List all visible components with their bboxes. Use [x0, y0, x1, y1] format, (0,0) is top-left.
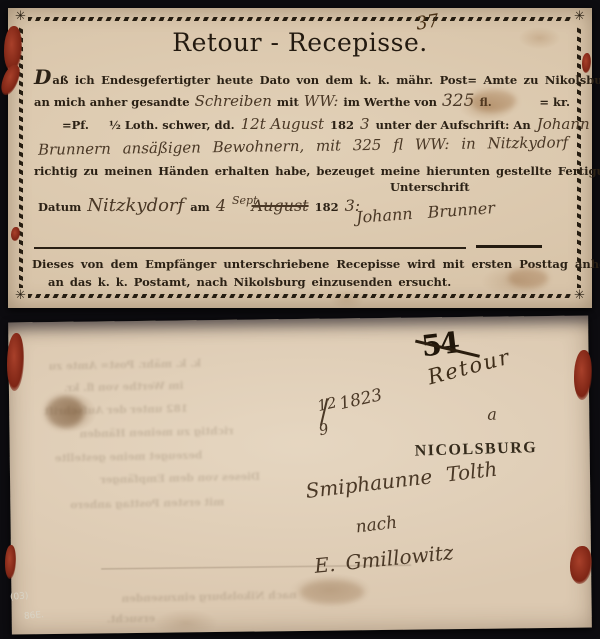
red-wax-seal — [574, 350, 592, 400]
a-handwritten: a — [487, 405, 497, 424]
ornate-initial: D — [34, 65, 51, 89]
showthrough-text: mit ersten Posttag anhero — [70, 496, 224, 511]
printed-text: ½ Loth. schwer, dd. — [109, 118, 235, 132]
printed-text: im Werthe von — [343, 95, 437, 109]
form-title: Retour - Recepisse. — [8, 28, 592, 57]
paper-stain — [470, 90, 516, 112]
border-star-icon: ✳ — [574, 289, 585, 302]
border-star-icon: ✳ — [15, 10, 26, 23]
date-month: 9 — [317, 420, 330, 440]
printed-text: 182 — [330, 118, 354, 132]
handwritten-signature: Johann Brunner — [356, 198, 496, 227]
border-star-icon: ✳ — [15, 289, 26, 302]
signature-label: Unterschrift — [390, 180, 470, 194]
body-line-1: Daß ich Endesgefertigter heute Dato von … — [34, 65, 600, 89]
datum-label: Datum — [38, 200, 81, 214]
printed-text: aß ich Endesgefertigter heute Dato von d… — [52, 73, 600, 87]
showthrough-text: nach Nikolsburg einzusenden — [121, 589, 296, 605]
handwritten-day: 4 — [216, 196, 226, 215]
date-day: 12 — [316, 393, 339, 415]
nach-handwritten: nach — [355, 513, 399, 538]
chain-border-top — [28, 17, 572, 21]
chain-border-left — [19, 26, 23, 288]
arrival-date-handwritten: 12 9 1823 — [310, 379, 409, 448]
printed-text: unter der Aufschrift: An — [376, 118, 531, 132]
photo-background: ✳ ✳ ✳ ✳ Retour - Recepisse. 37 Daß ich E… — [0, 0, 600, 639]
showthrough-text: Dieses von dem Empfänger — [100, 471, 260, 486]
printed-text: mit — [277, 95, 299, 109]
printed-text: = kr. — [539, 95, 570, 109]
nicolsburg-postmark: NICOLSBURG — [414, 439, 537, 461]
showthrough-text: richtig zu meinen Händen — [79, 425, 233, 440]
divider-rule-bold — [476, 245, 542, 248]
handwritten-month-correction: Sept — [232, 194, 258, 207]
paper-stain — [508, 268, 548, 288]
printed-text: 182 — [315, 200, 339, 214]
body-line-5: richtig zu meinen Händen erhalten habe, … — [34, 164, 600, 178]
paper-stain — [300, 580, 364, 604]
catalog-mark: 86E. — [24, 610, 45, 622]
letter-cover-back: k. k. mähr. Post= Amte zu im Werthe von … — [8, 315, 592, 634]
showthrough-text: bezeuget meine gestellte — [55, 450, 203, 465]
footer-line-2: an das k. k. Postamt, nach Nikolsburg ei… — [48, 275, 451, 289]
footer-line-1: Dieses von dem Empfänger unterschriebene… — [32, 257, 600, 271]
divider-rule — [34, 247, 466, 249]
am-label: am — [190, 200, 210, 214]
handwritten-date: 12t August — [241, 115, 324, 133]
handwritten-line-4: Brunnern ansäßigen Bewohnern, mit 325 fl… — [38, 133, 568, 158]
addressee-handwritten: Smiphaunne Tolth — [304, 457, 498, 503]
control-number-handwritten: 37 — [414, 10, 440, 34]
showthrough-text: im Werthe von fl. kr. — [64, 380, 184, 395]
printed-text: an mich anher gesandte — [34, 95, 190, 109]
handwritten-name: Johann — [537, 115, 590, 133]
handwritten-place: Nitzkydorf — [87, 195, 184, 216]
showthrough-text: k. k. mähr. Post= Amte zu — [49, 358, 202, 373]
handwritten-month-struck: August — [252, 196, 309, 215]
body-line-3: =Pf. ½ Loth. schwer, dd. 12t August 182 … — [34, 115, 590, 133]
handwritten-currency: WW: — [304, 92, 339, 110]
catalog-annotation: (03) — [10, 591, 29, 603]
handwritten-year-digit: 3 — [360, 115, 370, 133]
handwritten-item: Schreiben — [195, 92, 272, 110]
chain-border-bottom — [28, 294, 572, 298]
date-year: 1823 — [338, 385, 385, 414]
date-line: Datum Nitzkydorf am 4 Sept August 182 3: — [38, 195, 360, 216]
showthrough-text: ersucht. — [107, 613, 156, 626]
printed-text: =Pf. — [62, 118, 89, 132]
border-star-icon: ✳ — [574, 10, 585, 23]
paper-stain — [46, 396, 84, 428]
destination-handwritten: E. Gmillowitz — [313, 540, 454, 578]
retour-recepisse-form: ✳ ✳ ✳ ✳ Retour - Recepisse. 37 Daß ich E… — [8, 8, 592, 308]
